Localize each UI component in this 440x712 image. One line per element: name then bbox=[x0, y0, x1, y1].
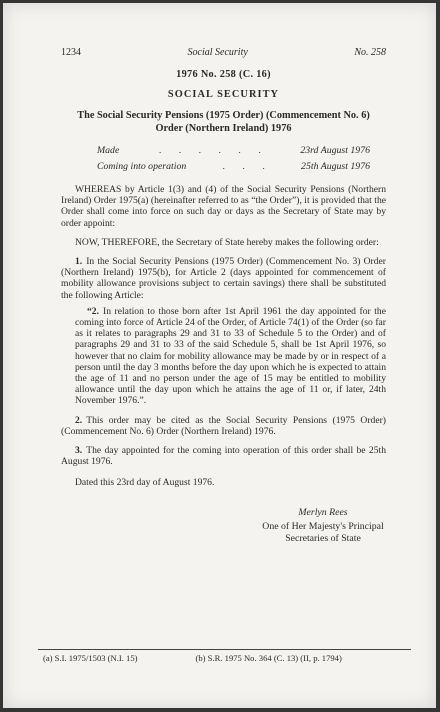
preamble-now-therefore: NOW, THEREFORE, the Secretary of State h… bbox=[61, 237, 386, 248]
article-2: 2.This order may be cited as the Social … bbox=[61, 415, 386, 437]
scanned-document-page: 1234 Social Security No. 258 1976 No. 25… bbox=[0, 0, 440, 712]
category-heading: SOCIAL SECURITY bbox=[61, 89, 386, 100]
coming-date: 25th August 1976 bbox=[301, 161, 370, 172]
article-1-number: 1. bbox=[75, 256, 82, 267]
signatory-title-line2: Secretaries of State bbox=[234, 533, 412, 545]
quoted-substituted-article: “2.In relation to those born after 1st A… bbox=[75, 306, 386, 407]
made-row: Made . . . . . . 23rd August 1976 bbox=[61, 145, 386, 156]
article-3-text: The day appointed for the coming into op… bbox=[61, 445, 386, 467]
running-header: 1234 Social Security No. 258 bbox=[61, 47, 386, 58]
article-1: 1.In the Social Security Pensions (1975 … bbox=[61, 256, 386, 301]
coming-label: Coming into operation bbox=[97, 161, 186, 172]
article-3: 3.The day appointed for the coming into … bbox=[61, 445, 386, 467]
dated-line: Dated this 23rd day of August 1976. bbox=[61, 477, 386, 488]
quoted-article-text: In relation to those born after 1st Apri… bbox=[75, 306, 386, 407]
footnote-rule bbox=[38, 649, 411, 650]
signature-block: Merlyn Rees One of Her Majesty's Princip… bbox=[234, 507, 412, 545]
footnote-a: (a) S.I. 1975/1503 (N.I. 15) bbox=[43, 653, 138, 663]
signatory-title-line1: One of Her Majesty's Principal bbox=[234, 521, 412, 533]
commencement-dates: Made . . . . . . 23rd August 1976 Coming… bbox=[61, 145, 386, 172]
coming-into-operation-row: Coming into operation . . . 25th August … bbox=[61, 161, 386, 172]
footnote-row: (a) S.I. 1975/1503 (N.I. 15) (b) S.R. 19… bbox=[3, 653, 436, 663]
coming-dot-leader: . . . bbox=[186, 161, 301, 172]
issue-number: No. 258 bbox=[354, 47, 386, 58]
quoted-article-number: “2. bbox=[87, 306, 99, 317]
page-content: 1234 Social Security No. 258 1976 No. 25… bbox=[3, 3, 436, 544]
order-title-line1: The Social Security Pensions (1975 Order… bbox=[61, 109, 386, 122]
signatory-name: Merlyn Rees bbox=[234, 507, 412, 519]
article-2-text: This order may be cited as the Social Se… bbox=[61, 415, 386, 437]
article-1-text: In the Social Security Pensions (1975 Or… bbox=[61, 256, 386, 301]
order-title-line2: Order (Northern Ireland) 1976 bbox=[61, 122, 386, 135]
article-3-number: 3. bbox=[75, 445, 82, 456]
article-2-number: 2. bbox=[75, 415, 82, 426]
order-title: The Social Security Pensions (1975 Order… bbox=[61, 109, 386, 135]
made-label: Made bbox=[97, 145, 119, 156]
instrument-number: 1976 No. 258 (C. 16) bbox=[61, 69, 386, 80]
running-title: Social Security bbox=[188, 47, 248, 58]
made-date: 23rd August 1976 bbox=[300, 145, 370, 156]
made-dot-leader: . . . . . . bbox=[119, 145, 300, 156]
preamble-whereas: WHEREAS by Article 1(3) and (4) of the S… bbox=[61, 184, 386, 229]
footnotes: (a) S.I. 1975/1503 (N.I. 15) (b) S.R. 19… bbox=[3, 649, 436, 663]
footnote-b: (b) S.R. 1975 No. 364 (C. 13) (II, p. 17… bbox=[196, 653, 342, 663]
page-number: 1234 bbox=[61, 47, 81, 58]
